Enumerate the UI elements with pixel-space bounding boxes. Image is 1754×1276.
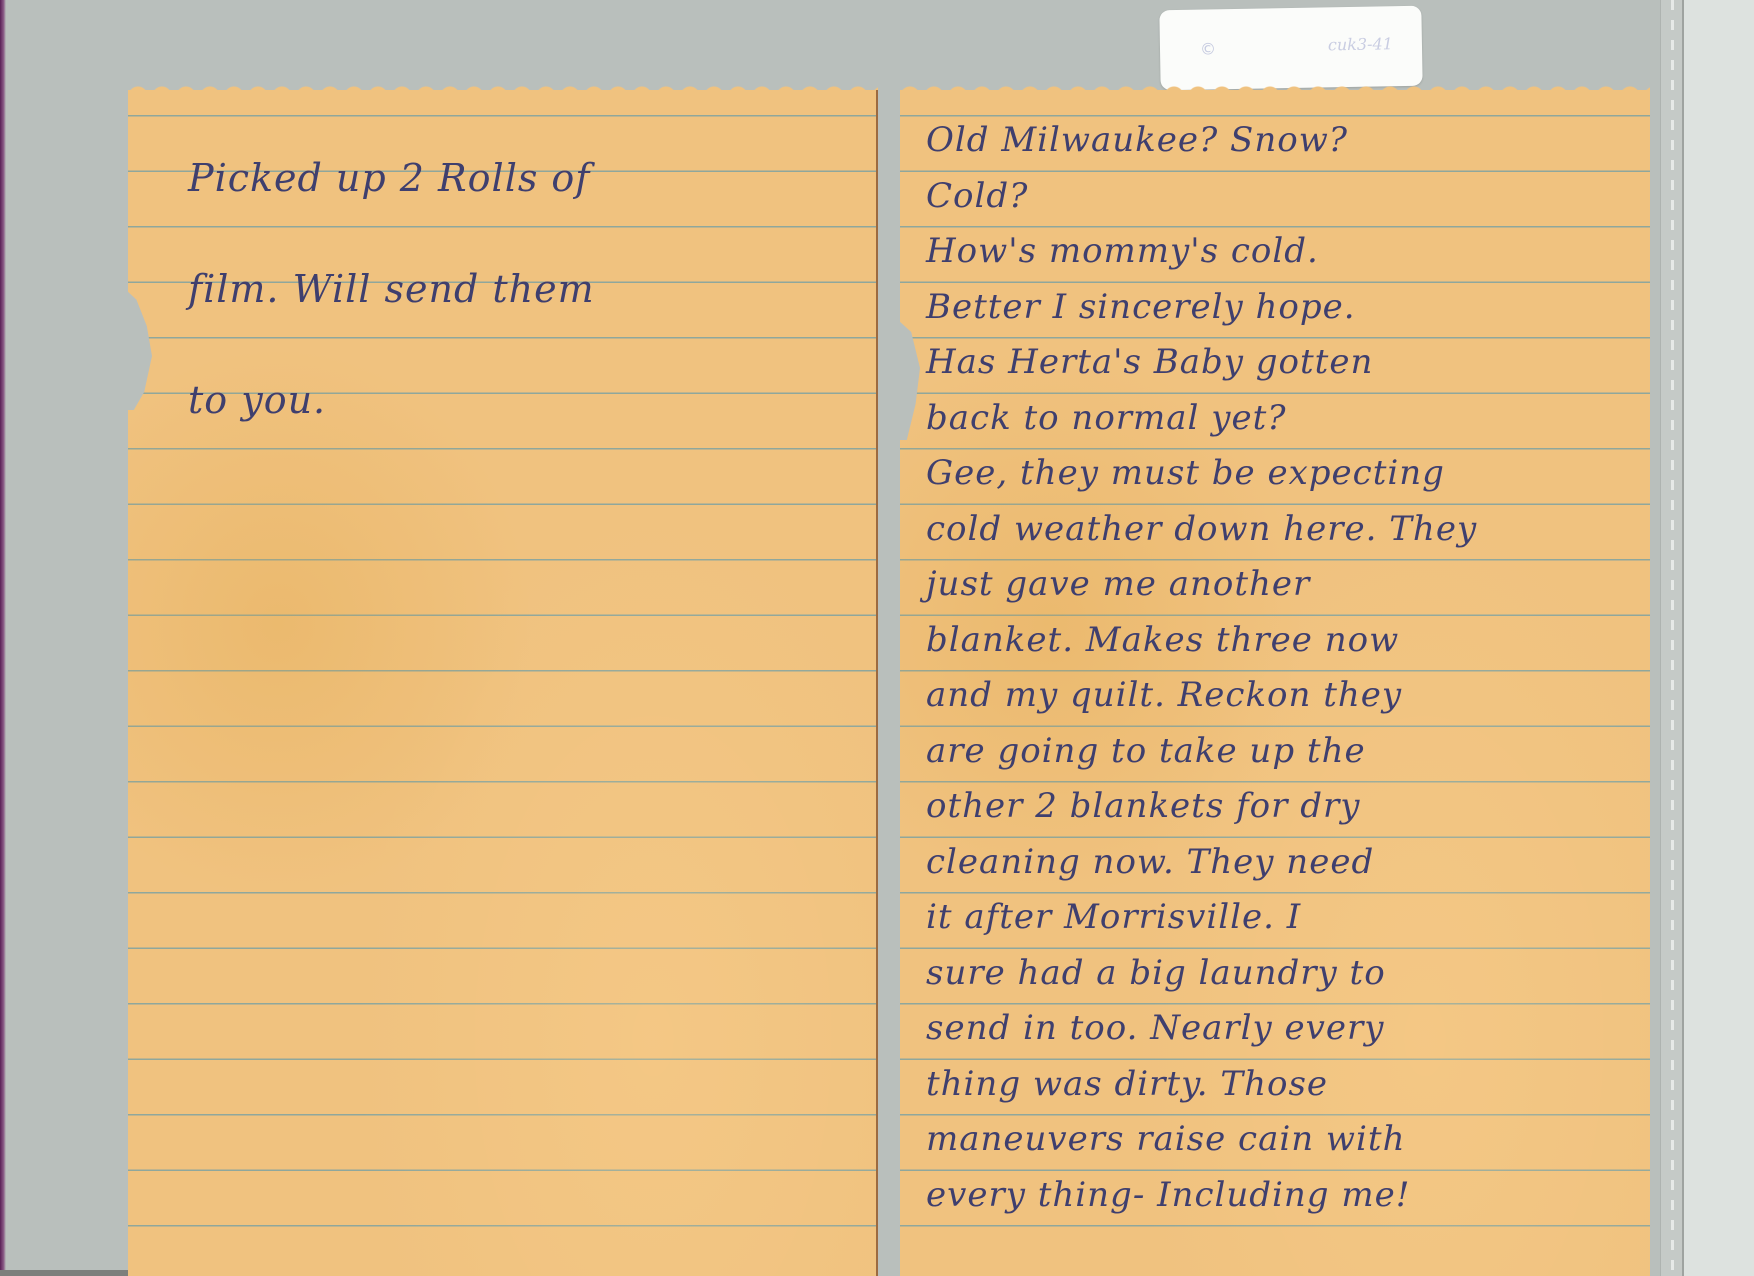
sleeve-seam <box>1660 0 1683 1276</box>
scanner-edge <box>0 0 6 1276</box>
handwritten-line: film. Will send them <box>188 267 595 311</box>
handwritten-line: other 2 blankets for dry <box>926 786 1360 826</box>
torn-notch <box>126 290 152 410</box>
handwritten-line: it after Morrisville. I <box>926 897 1301 937</box>
handwritten-line: sure had a big laundry to <box>926 953 1386 993</box>
handwritten-line: back to normal yet? <box>926 398 1286 438</box>
handwritten-line: just gave me another <box>926 564 1310 604</box>
letter-page-right: Old Milwaukee? Snow? Cold? How's mommy's… <box>900 90 1650 1276</box>
handwritten-line: thing was dirty. Those <box>926 1064 1328 1104</box>
page-edge <box>876 90 878 1276</box>
handwritten-line: Picked up 2 Rolls of <box>188 156 590 200</box>
handwritten-line: cold weather down here. They <box>926 509 1477 549</box>
archive-code: cuk3-41 <box>1328 34 1393 54</box>
handwritten-line: and my quilt. Reckon they <box>926 675 1402 715</box>
handwritten-line: maneuvers raise cain with <box>926 1119 1405 1159</box>
handwritten-line: Has Herta's Baby gotten <box>926 342 1373 382</box>
handwritten-line: blanket. Makes three now <box>926 620 1399 660</box>
scanner-bottom-edge <box>0 1270 128 1276</box>
torn-notch <box>898 320 920 440</box>
handwritten-line: are going to take up the <box>926 731 1366 771</box>
handwritten-line: cleaning now. They need <box>926 842 1374 882</box>
letter-page-left: Picked up 2 Rolls of film. Will send the… <box>128 90 878 1276</box>
handwritten-line: to you. <box>188 378 326 422</box>
handwritten-line: Cold? <box>926 176 1028 216</box>
copyright-mark: © <box>1200 39 1216 58</box>
sleeve-margin <box>1682 0 1754 1276</box>
handwritten-line: Better I sincerely hope. <box>926 287 1356 327</box>
archive-label-sticker: © cuk3-41 <box>1159 6 1422 91</box>
handwritten-line: How's mommy's cold. <box>926 231 1319 271</box>
handwritten-line: send in too. Nearly every <box>926 1008 1384 1048</box>
handwritten-line: every thing- Including me! <box>926 1175 1410 1215</box>
handwritten-line: Gee, they must be expecting <box>926 453 1445 493</box>
handwritten-line: Old Milwaukee? Snow? <box>926 120 1348 160</box>
